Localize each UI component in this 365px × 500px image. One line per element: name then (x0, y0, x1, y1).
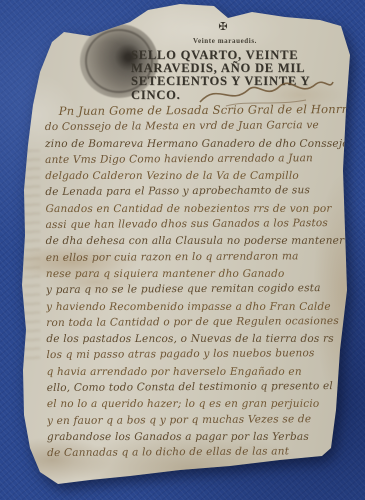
manuscript-paper: ✠ Veinte marauedis. SELLO QVARTO, VEINTE… (0, 0, 365, 500)
manuscript-line: q havia arrendado por haverselo Engañado… (47, 364, 349, 381)
manuscript-line: ante Vms Digo Como haviendo arrendado a … (45, 150, 347, 168)
cross-ornament-icon: ✠ (206, 20, 240, 33)
manuscript-line: ron toda la Cantidad o por de que Regule… (46, 313, 348, 331)
manuscript-line: assi que han llevado dhos sus Ganados a … (46, 215, 348, 233)
manuscript-line: de dha dehesa con alla Clausula no poder… (46, 233, 348, 250)
manuscript-line: do Conssejo de la Mesta en vrd de Juan G… (45, 117, 347, 135)
stamp-motto: Veinte marauedis. (160, 37, 290, 45)
handwritten-body: Pn Juan Gome de Losada Scrio Gral de el … (45, 101, 350, 471)
manuscript-line: de Cannadas q a lo dicho de ellas de las… (47, 443, 349, 461)
manuscript-line: Ganados en Cantidad de nobezientos rrs d… (45, 201, 347, 218)
manuscript-line: ello, Como todo Consta del testimonio q … (47, 378, 349, 396)
show-through-smudge (24, 150, 40, 360)
manuscript-line: y en fauor q a bos q y por q muchas Veze… (47, 411, 349, 429)
manuscript-line: y haviendo Recombenido impasse a dho Fra… (46, 298, 348, 315)
photo-of-document: ✠ Veinte marauedis. SELLO QVARTO, VEINTE… (0, 0, 365, 500)
manuscript-line: zino de Bomareva Hermano Ganadero de dho… (45, 135, 347, 152)
manuscript-line: Pn Juan Gome de Losada Scrio Gral de el … (59, 101, 350, 119)
paper-shadow-wrap: ✠ Veinte marauedis. SELLO QVARTO, VEINTE… (0, 0, 365, 500)
manuscript-line: en ellos por cuia razon en lo q arrendar… (46, 248, 348, 266)
manuscript-line: grabandose los Ganados a pagar por las Y… (47, 429, 349, 446)
manuscript-line: de Lenada para el Passo y aprobechamto d… (45, 182, 347, 200)
manuscript-line: y para q no se le pudiese que remitan co… (46, 280, 348, 298)
manuscript-line: nese para q siquiera mantener dho Ganado (46, 266, 348, 283)
manuscript-line: delgado Calderon Vezino de la Va de Camp… (45, 168, 347, 185)
manuscript-line: los q mi passo atras pagado y los nuebos… (46, 345, 348, 363)
manuscript-line: el no lo a querido hazer; lo q es en gra… (47, 396, 349, 413)
manuscript-line: de los pastados Lencos, o Nuevas de la t… (46, 331, 348, 348)
